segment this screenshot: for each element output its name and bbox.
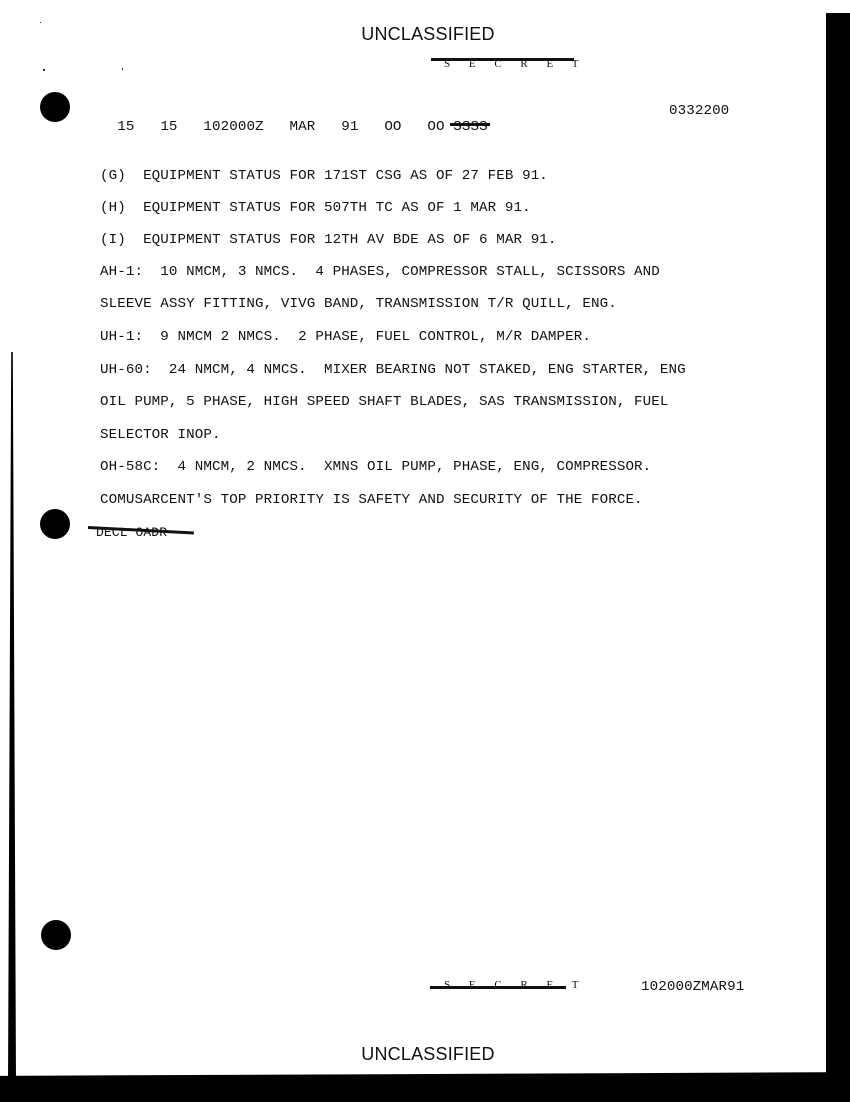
header-year: 91 bbox=[341, 119, 358, 135]
punch-hole bbox=[40, 92, 70, 122]
scan-speck bbox=[43, 69, 45, 71]
body-line: (H) EQUIPMENT STATUS FOR 507TH TC AS OF … bbox=[100, 200, 531, 216]
body-line: OIL PUMP, 5 PHASE, HIGH SPEED SHAFT BLAD… bbox=[100, 394, 669, 410]
header-field: 15 bbox=[160, 119, 177, 135]
strike-line bbox=[450, 123, 489, 126]
header-field: OO bbox=[384, 119, 401, 135]
body-line: (G) EQUIPMENT STATUS FOR 171ST CSG AS OF… bbox=[100, 168, 548, 184]
message-header: 15 15 102000Z MAR 91 OO OO SSSS bbox=[100, 103, 488, 135]
classification-banner-top: UNCLASSIFIED bbox=[0, 24, 850, 45]
header-dtg: 102000Z bbox=[203, 119, 263, 135]
body-line: SELECTOR INOP. bbox=[100, 427, 221, 443]
marking-bottom-strike bbox=[430, 986, 566, 989]
scan-bottom-border bbox=[0, 1078, 850, 1102]
header-field: OO bbox=[427, 119, 444, 135]
header-field: 15 bbox=[117, 119, 134, 135]
punch-hole bbox=[40, 509, 70, 539]
scan-speck bbox=[122, 68, 123, 70]
header-month: MAR bbox=[290, 119, 316, 135]
struck-code: SSSS bbox=[453, 119, 487, 135]
scan-right-border bbox=[826, 13, 850, 1102]
message-serial: 0332200 bbox=[669, 103, 729, 119]
body-line: COMUSARCENT'S TOP PRIORITY IS SAFETY AND… bbox=[100, 492, 643, 508]
footer-dtg: 102000ZMAR91 bbox=[641, 979, 744, 995]
punch-hole bbox=[41, 920, 71, 950]
scan-speck bbox=[40, 22, 41, 23]
scan-left-border bbox=[8, 352, 16, 1082]
classification-banner-bottom: UNCLASSIFIED bbox=[0, 1044, 850, 1065]
body-line: AH-1: 10 NMCM, 3 NMCS. 4 PHASES, COMPRES… bbox=[100, 264, 660, 280]
body-line: OH-58C: 4 NMCM, 2 NMCS. XMNS OIL PUMP, P… bbox=[100, 459, 651, 475]
secret-marking-bottom: S E C R E T bbox=[444, 979, 587, 991]
body-line: UH-1: 9 NMCM 2 NMCS. 2 PHASE, FUEL CONTR… bbox=[100, 329, 591, 345]
body-line: SLEEVE ASSY FITTING, VIVG BAND, TRANSMIS… bbox=[100, 296, 617, 312]
body-line: UH-60: 24 NMCM, 4 NMCS. MIXER BEARING NO… bbox=[100, 362, 686, 378]
secret-marking-top: S E C R E T bbox=[444, 58, 587, 70]
body-line: (I) EQUIPMENT STATUS FOR 12TH AV BDE AS … bbox=[100, 232, 557, 248]
